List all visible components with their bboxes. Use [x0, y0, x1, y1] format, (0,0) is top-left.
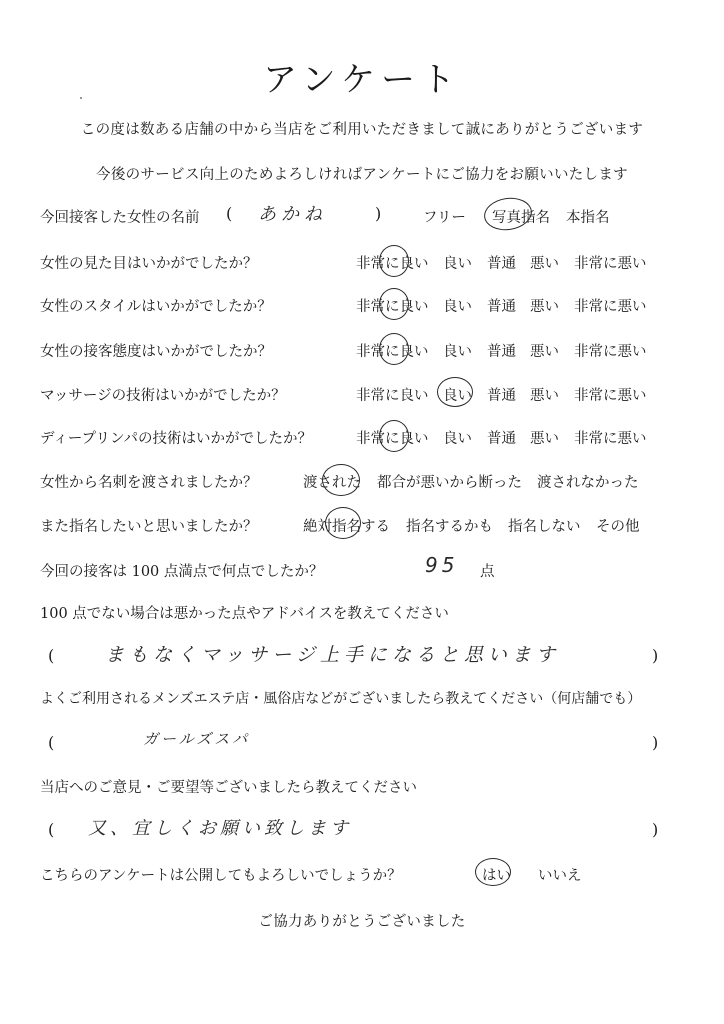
intro-line-2: 今後のサービス向上のためよろしければアンケートにご協力をお願いいたします: [0, 163, 724, 184]
open-paren: (: [48, 733, 54, 752]
option-average[interactable]: 普通: [487, 340, 516, 361]
option-bad[interactable]: 悪い: [530, 295, 559, 316]
rating-question-label: マッサージの技術はいかがでしたか？: [40, 384, 286, 405]
option-bad[interactable]: 悪い: [530, 340, 559, 361]
score-question-label: 今回の接客は 100 点満点で何点でしたか？: [40, 560, 323, 581]
repeat-question-label: また指名したいと思いましたか？: [40, 515, 258, 536]
option-other[interactable]: その他: [596, 515, 640, 536]
feedback-answer[interactable]: 又、宜しくお願い致します: [88, 814, 352, 840]
open-paren: (: [48, 646, 54, 665]
close-paren: ): [652, 733, 658, 752]
rating-question-label: ディープリンパの技術はいかがでしたか？: [40, 427, 312, 448]
option-very-bad[interactable]: 非常に悪い: [574, 384, 647, 405]
option-good[interactable]: 良い: [443, 384, 472, 405]
option-definitely[interactable]: 絶対指名する: [303, 515, 390, 536]
publish-question-label: こちらのアンケートは公開してもよろしいでしょうか？: [40, 864, 402, 885]
option-good[interactable]: 良い: [443, 252, 472, 273]
option-good[interactable]: 良い: [443, 427, 472, 448]
option-average[interactable]: 普通: [487, 295, 516, 316]
advice-question-label: 100 点でない場合は悪かった点やアドバイスを教えてください: [40, 602, 449, 623]
feedback-question-label: 当店へのご意見・ご要望等ございましたら教えてください: [40, 776, 417, 797]
option-bad[interactable]: 悪い: [530, 384, 559, 405]
advice-answer[interactable]: まもなくマッサージ上手になると思います: [105, 640, 560, 667]
option-good[interactable]: 良い: [443, 295, 472, 316]
option-free[interactable]: フリー: [423, 206, 466, 227]
rating-question-label: 女性のスタイルはいかがでしたか？: [40, 295, 272, 316]
rating-question-label: 女性の見た目はいかがでしたか？: [40, 252, 258, 273]
option-photo-nomination[interactable]: 写真指名: [492, 206, 550, 227]
option-average[interactable]: 普通: [487, 427, 516, 448]
survey-title: アンケート: [0, 52, 724, 101]
option-not-received[interactable]: 渡されなかった: [537, 471, 639, 492]
option-declined[interactable]: 都合が悪いから断った: [377, 471, 522, 492]
option-very-bad[interactable]: 非常に悪い: [574, 340, 647, 361]
option-no[interactable]: いいえ: [538, 864, 582, 885]
card-question-label: 女性から名刺を渡されましたか？: [40, 471, 258, 492]
option-maybe[interactable]: 指名するかも: [406, 515, 493, 536]
other-shops-question-label: よくご利用されるメンズエステ店・風俗店などがございましたら教えてください（何店舗…: [40, 688, 641, 708]
option-very-bad[interactable]: 非常に悪い: [574, 252, 647, 273]
option-very-good[interactable]: 非常に良い: [356, 427, 429, 448]
option-no[interactable]: 指名しない: [508, 515, 581, 536]
other-shops-answer[interactable]: ガールズスパ: [143, 728, 250, 749]
option-very-bad[interactable]: 非常に悪い: [574, 295, 647, 316]
open-paren: (: [48, 820, 54, 839]
option-bad[interactable]: 悪い: [530, 252, 559, 273]
option-average[interactable]: 普通: [487, 252, 516, 273]
close-paren: ): [652, 820, 658, 839]
close-paren: ): [652, 646, 658, 665]
option-received[interactable]: 渡された: [303, 471, 361, 492]
score-answer[interactable]: 95: [425, 553, 458, 577]
score-unit: 点: [480, 560, 495, 581]
scan-speck: [80, 97, 82, 99]
option-good[interactable]: 良い: [443, 340, 472, 361]
option-very-bad[interactable]: 非常に悪い: [574, 427, 647, 448]
close-paren: ): [375, 204, 381, 223]
open-paren: (: [226, 204, 232, 223]
option-average[interactable]: 普通: [487, 384, 516, 405]
option-bad[interactable]: 悪い: [530, 427, 559, 448]
option-yes[interactable]: はい: [482, 864, 511, 885]
option-very-good[interactable]: 非常に良い: [356, 295, 429, 316]
option-main-nomination[interactable]: 本指名: [566, 206, 610, 227]
rating-question-label: 女性の接客態度はいかがでしたか？: [40, 340, 272, 361]
name-question-label: 今回接客した女性の名前: [40, 206, 200, 227]
name-answer[interactable]: あかね: [258, 200, 327, 226]
option-very-good[interactable]: 非常に良い: [356, 252, 429, 273]
closing-message: ご協力ありがとうございました: [0, 910, 724, 931]
intro-line-1: この度は数ある店舗の中から当店をご利用いただきまして誠にありがとうございます: [0, 118, 724, 139]
option-very-good[interactable]: 非常に良い: [356, 340, 429, 361]
option-very-good[interactable]: 非常に良い: [356, 384, 429, 405]
